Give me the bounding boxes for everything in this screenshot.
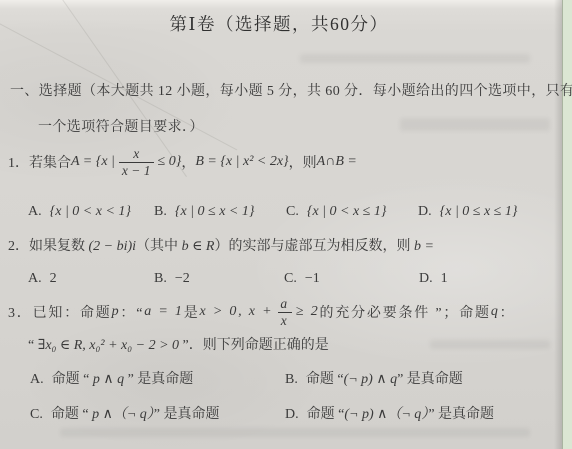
instructions-line-2: 一个选项符合题目要求．） (38, 116, 204, 136)
option-label: B. (154, 271, 167, 286)
question-3-math-exists: ∃x₀ ∈ R, x₀² + x₀ − 2 > 0 (38, 338, 179, 353)
option-label: A. (30, 372, 44, 387)
option-label: C. (284, 271, 297, 286)
question-3-number: 3． (8, 302, 33, 322)
exam-paper: 第Ⅰ卷（选择题，共60分） 一、选择题（本大题共 12 小题，每小题 5 分，共… (0, 0, 572, 449)
question-1-math-conclusion: A∩B = (317, 154, 357, 170)
scanner-edge-strip (562, 0, 572, 449)
question-1: 1． 若集合 A = {x | x x − 1 ≤ 0} ， B = {x | … (8, 146, 357, 178)
option-value: {x | 0 ≤ x ≤ 1} (440, 204, 518, 219)
question-1-comma: ， (181, 152, 195, 172)
question-2-option-a: A.2 (28, 271, 57, 287)
page-title: 第Ⅰ卷（选择题，共60分） (0, 11, 558, 36)
option-post: ” 是真命题 (428, 407, 494, 422)
bleed-through-ghost-3 (430, 340, 550, 349)
question-3-text-then: ”．则下列命题正确的是 (179, 338, 329, 353)
fraction-numerator: a (277, 296, 292, 312)
question-3-text-2: ：“ (120, 302, 144, 322)
option-math: p ∧（¬ q） (92, 407, 154, 422)
question-1-text: 若集合 (29, 152, 71, 172)
question-2-number: 2． (8, 239, 29, 254)
bleed-through-ghost-4 (60, 428, 530, 437)
option-label: A. (28, 271, 42, 286)
option-label: D. (285, 407, 299, 422)
question-1-option-c: C.{x | 0 < x ≤ 1} (286, 204, 386, 220)
question-3-math-geq-2: ≥ 2 (296, 304, 320, 320)
option-math: p ∧ q (93, 372, 124, 387)
question-3-option-a: A.命题 “ p ∧ q ” 是真命题 (30, 368, 193, 388)
question-1-math-set-b: B = {x | x² < 2x} (195, 154, 288, 170)
option-math: (¬ p) ∧（¬ q） (344, 407, 428, 422)
question-3-math-inequality: x > 0, x + (200, 304, 274, 320)
question-2-math-conclusion: b = (414, 239, 434, 254)
question-2-option-b: B.−2 (154, 271, 190, 287)
question-2: 2．如果复数 (2 − bi)i（其中 b ∈ R）的实部与虚部互为相反数，则 … (8, 235, 434, 255)
option-label: C. (286, 204, 299, 219)
question-1-option-a: A.{x | 0 < x < 1} (28, 204, 131, 220)
question-3-option-d: D.命题 “(¬ p) ∧（¬ q）” 是真命题 (285, 403, 494, 423)
option-value: −2 (175, 271, 190, 286)
option-post: ” 是真命题 (124, 372, 193, 387)
option-value: {x | 0 ≤ x < 1} (175, 204, 255, 219)
fraction-denominator: x − 1 (119, 162, 154, 179)
question-3-fraction: a x (277, 296, 292, 328)
question-3-option-c: C.命题 “ p ∧（¬ q）” 是真命题 (30, 403, 219, 423)
question-1-option-b: B.{x | 0 ≤ x < 1} (154, 204, 254, 220)
option-pre: 命题 “ (52, 372, 93, 387)
option-post: ” 是真命题 (397, 372, 463, 387)
option-post: ” 是真命题 (154, 407, 220, 422)
question-1-number: 1． (8, 152, 29, 172)
question-3-text-3: 是 (184, 302, 200, 322)
question-1-math-set-a-close: ≤ 0} (158, 154, 182, 170)
fraction-numerator: x (130, 146, 142, 162)
question-2-option-d: D.1 (419, 271, 448, 287)
question-3-math-a-eq-1: a = 1 (144, 304, 183, 320)
question-2-text-1: 如果复数 (29, 239, 89, 254)
question-3-line-2: “ ∃x₀ ∈ R, x₀² + x₀ − 2 > 0 ”．则下列命题正确的是 (28, 334, 329, 354)
question-1-then: ，则 (289, 152, 317, 172)
question-3-option-b: B.命题 “(¬ p) ∧ q” 是真命题 (285, 368, 463, 388)
question-3-text-5: ： (500, 302, 516, 322)
option-value: {x | 0 < x ≤ 1} (307, 204, 387, 219)
question-1-fraction: x x − 1 (119, 146, 154, 178)
option-value: {x | 0 < x < 1} (50, 204, 131, 219)
question-2-text-3: ）的实部与虚部互为相反数，则 (214, 239, 414, 254)
option-label: A. (28, 204, 42, 219)
option-label: D. (419, 271, 433, 286)
question-1-option-d: D.{x | 0 ≤ x ≤ 1} (418, 204, 517, 220)
question-3-math-q: q (491, 304, 500, 320)
question-2-text-2: （其中 (136, 239, 182, 254)
question-2-math-domain: b ∈ R (182, 239, 215, 254)
option-pre: 命题 “ (306, 372, 344, 387)
question-3-math-p: p (112, 304, 121, 320)
question-3-text-1: 已知：命题 (33, 302, 112, 322)
question-1-math-set-a: A = {x | (71, 154, 115, 170)
option-value: −1 (305, 271, 320, 286)
bleed-through-ghost-2 (400, 118, 550, 131)
question-3-line-1: 3． 已知：命题 p ：“ a = 1 是 x > 0, x + a x ≥ 2… (8, 296, 515, 328)
question-2-option-c: C.−1 (284, 271, 320, 287)
option-pre: 命题 “ (51, 407, 92, 422)
fraction-denominator: x (278, 312, 292, 329)
instructions-line-1: 一、选择题（本大题共 12 小题，每小题 5 分，共 60 分．每小题给出的四个… (10, 80, 572, 100)
option-value: 2 (50, 271, 57, 286)
option-label: B. (154, 204, 167, 219)
question-3-text-4: 的充分必要条件 ”；命题 (320, 302, 491, 322)
option-label: C. (30, 407, 43, 422)
bleed-through-ghost-1 (300, 54, 530, 63)
question-2-math-complex: (2 − bi)i (89, 239, 137, 254)
option-label: B. (285, 372, 298, 387)
option-pre: 命题 “ (307, 407, 345, 422)
question-3-quote-open: “ (28, 338, 38, 353)
option-value: 1 (441, 271, 448, 286)
option-math: (¬ p) ∧ q (344, 372, 398, 387)
option-label: D. (418, 204, 432, 219)
